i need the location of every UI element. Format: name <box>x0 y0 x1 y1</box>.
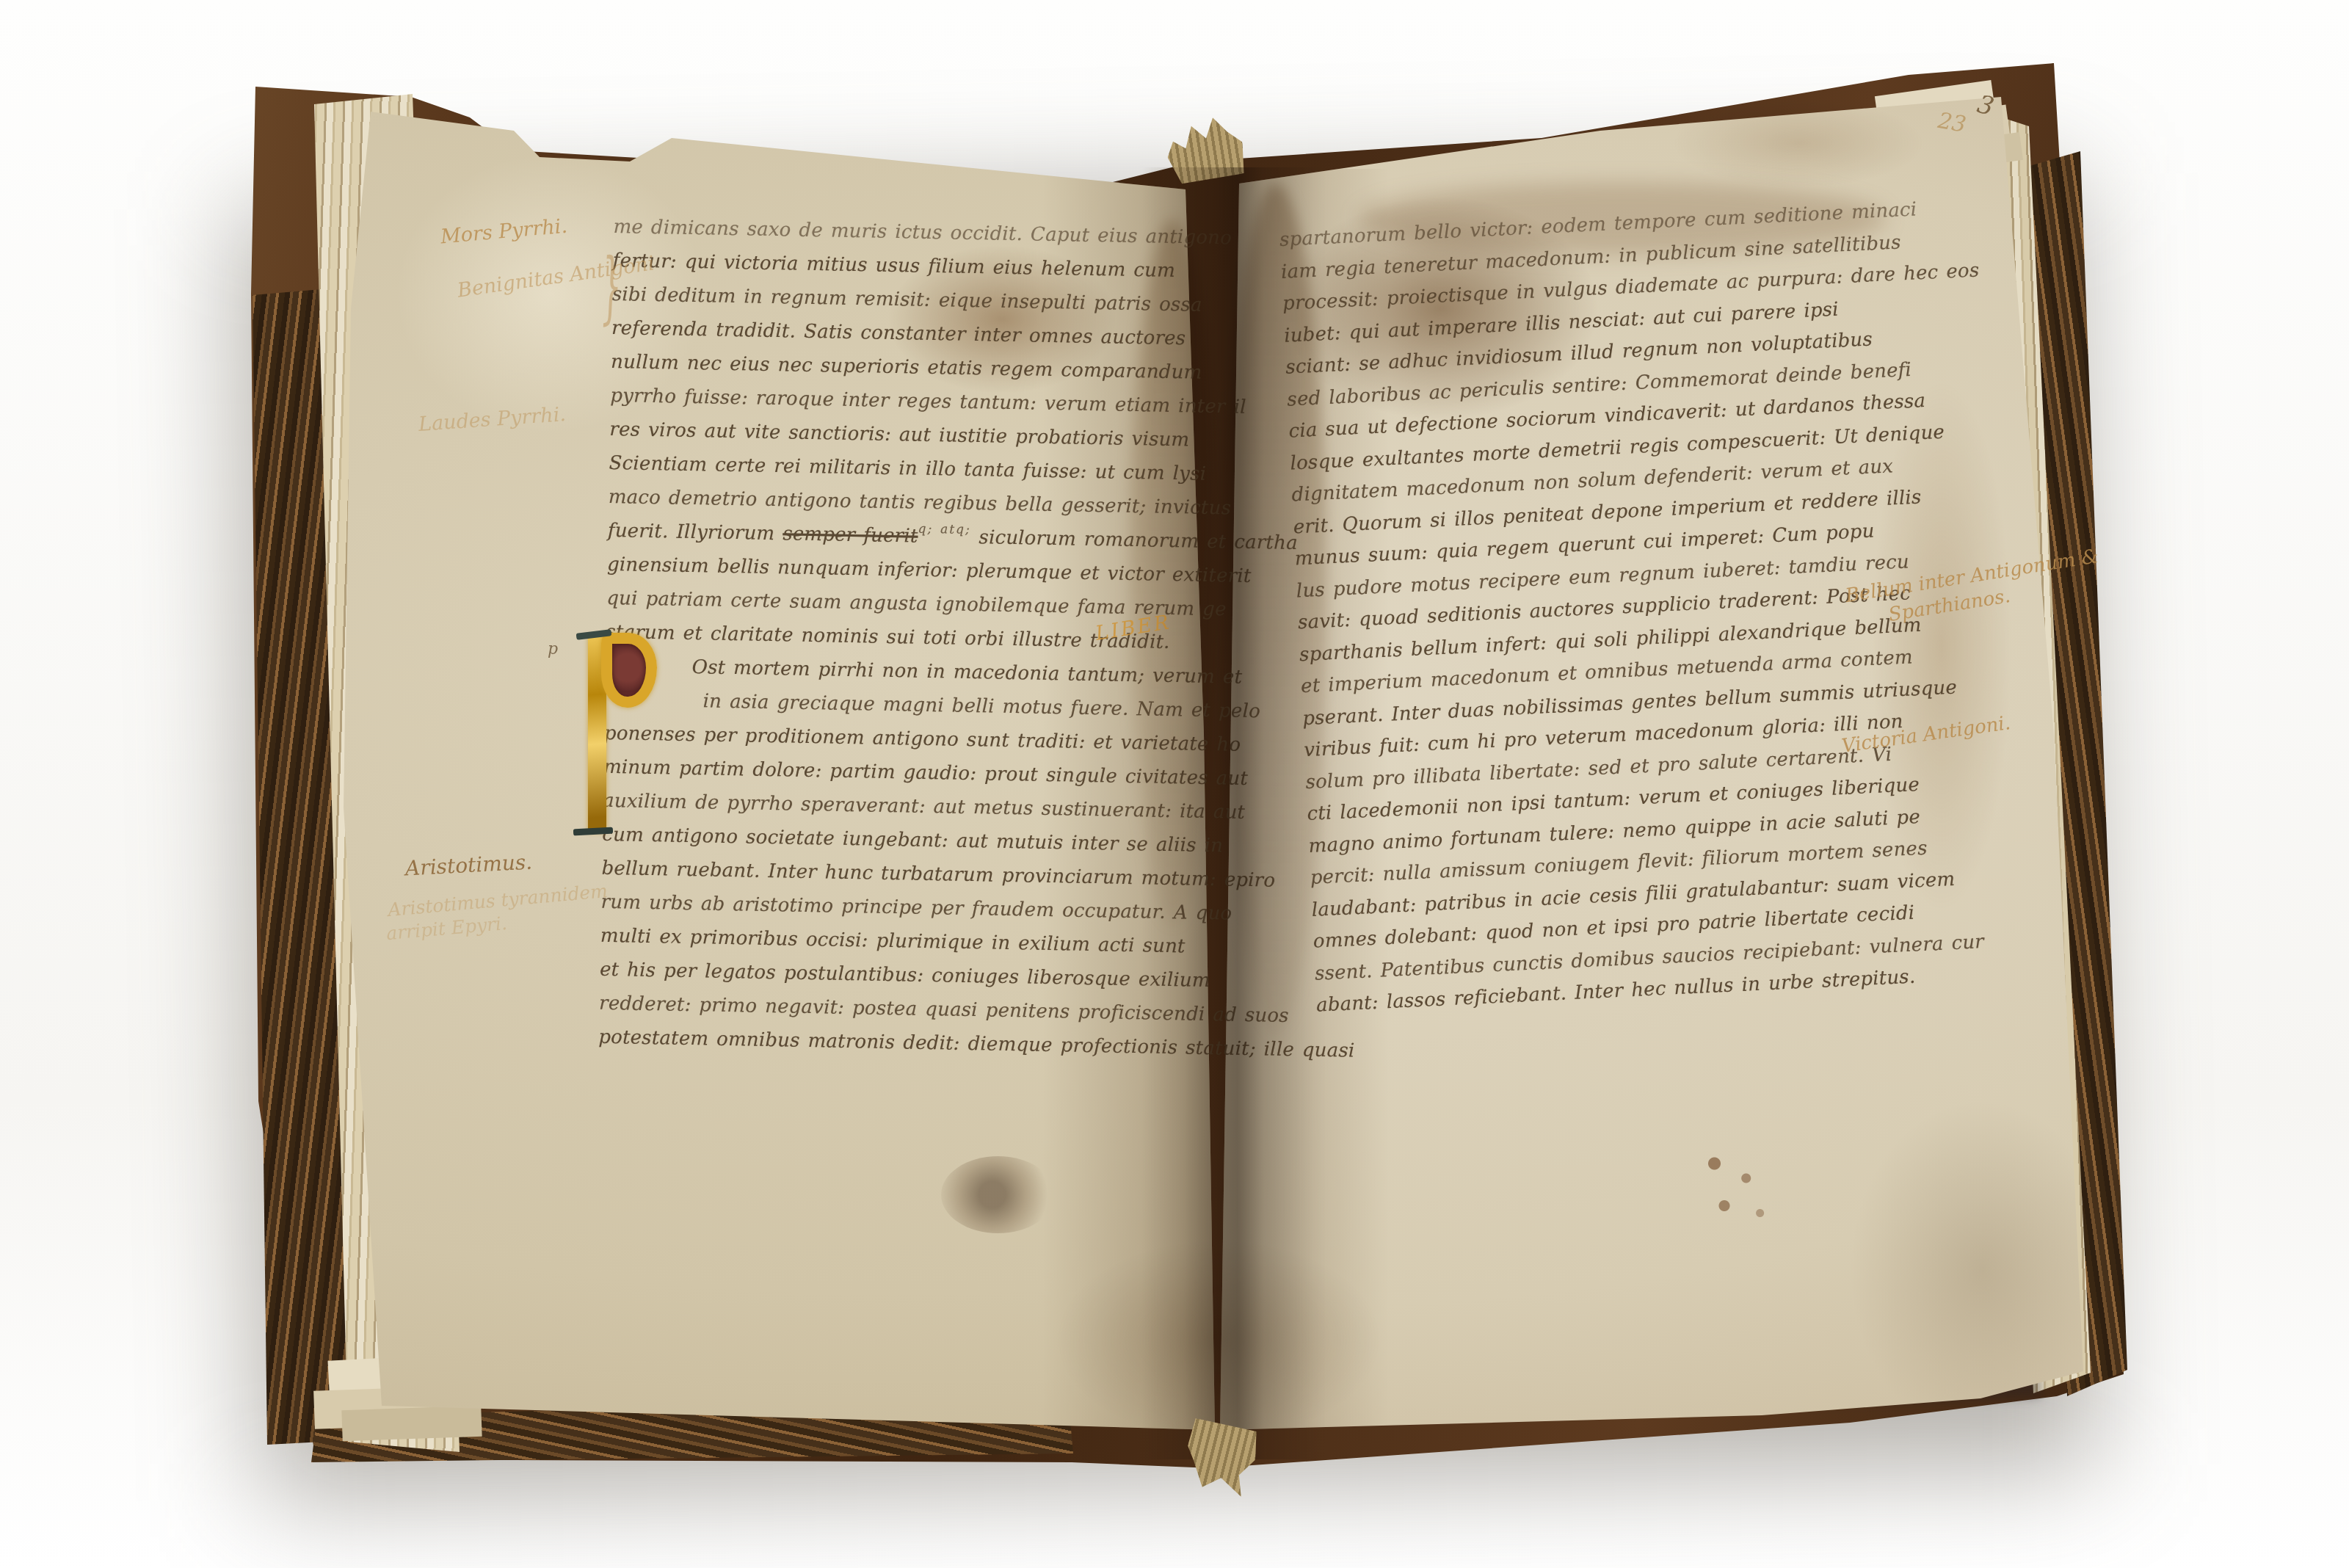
struck-words: semper fuerit <box>783 523 918 547</box>
initial-bowl <box>601 633 657 708</box>
ink-blot <box>941 1156 1055 1233</box>
interlinear-correction: q; atq; <box>918 522 970 537</box>
right-page-text: spartanorum bello victor: eodem tempore … <box>1279 196 1911 1022</box>
folio-number-faint: 23 <box>1936 108 1968 138</box>
stain <box>1674 99 1923 187</box>
guide-letter: p <box>548 640 558 658</box>
manuscript-photograph: me dimicans saxo de muris ictus occidit.… <box>0 0 2349 1568</box>
gutter-shadow <box>1142 167 1326 1459</box>
margin-brace: } <box>600 241 622 334</box>
illuminated-initial-P: P <box>582 631 656 844</box>
initial-serif <box>573 827 613 836</box>
speckle-stain <box>1685 1138 1784 1230</box>
headband-ribbon-bottom <box>1181 1418 1260 1498</box>
page-corner-step <box>341 1406 482 1442</box>
